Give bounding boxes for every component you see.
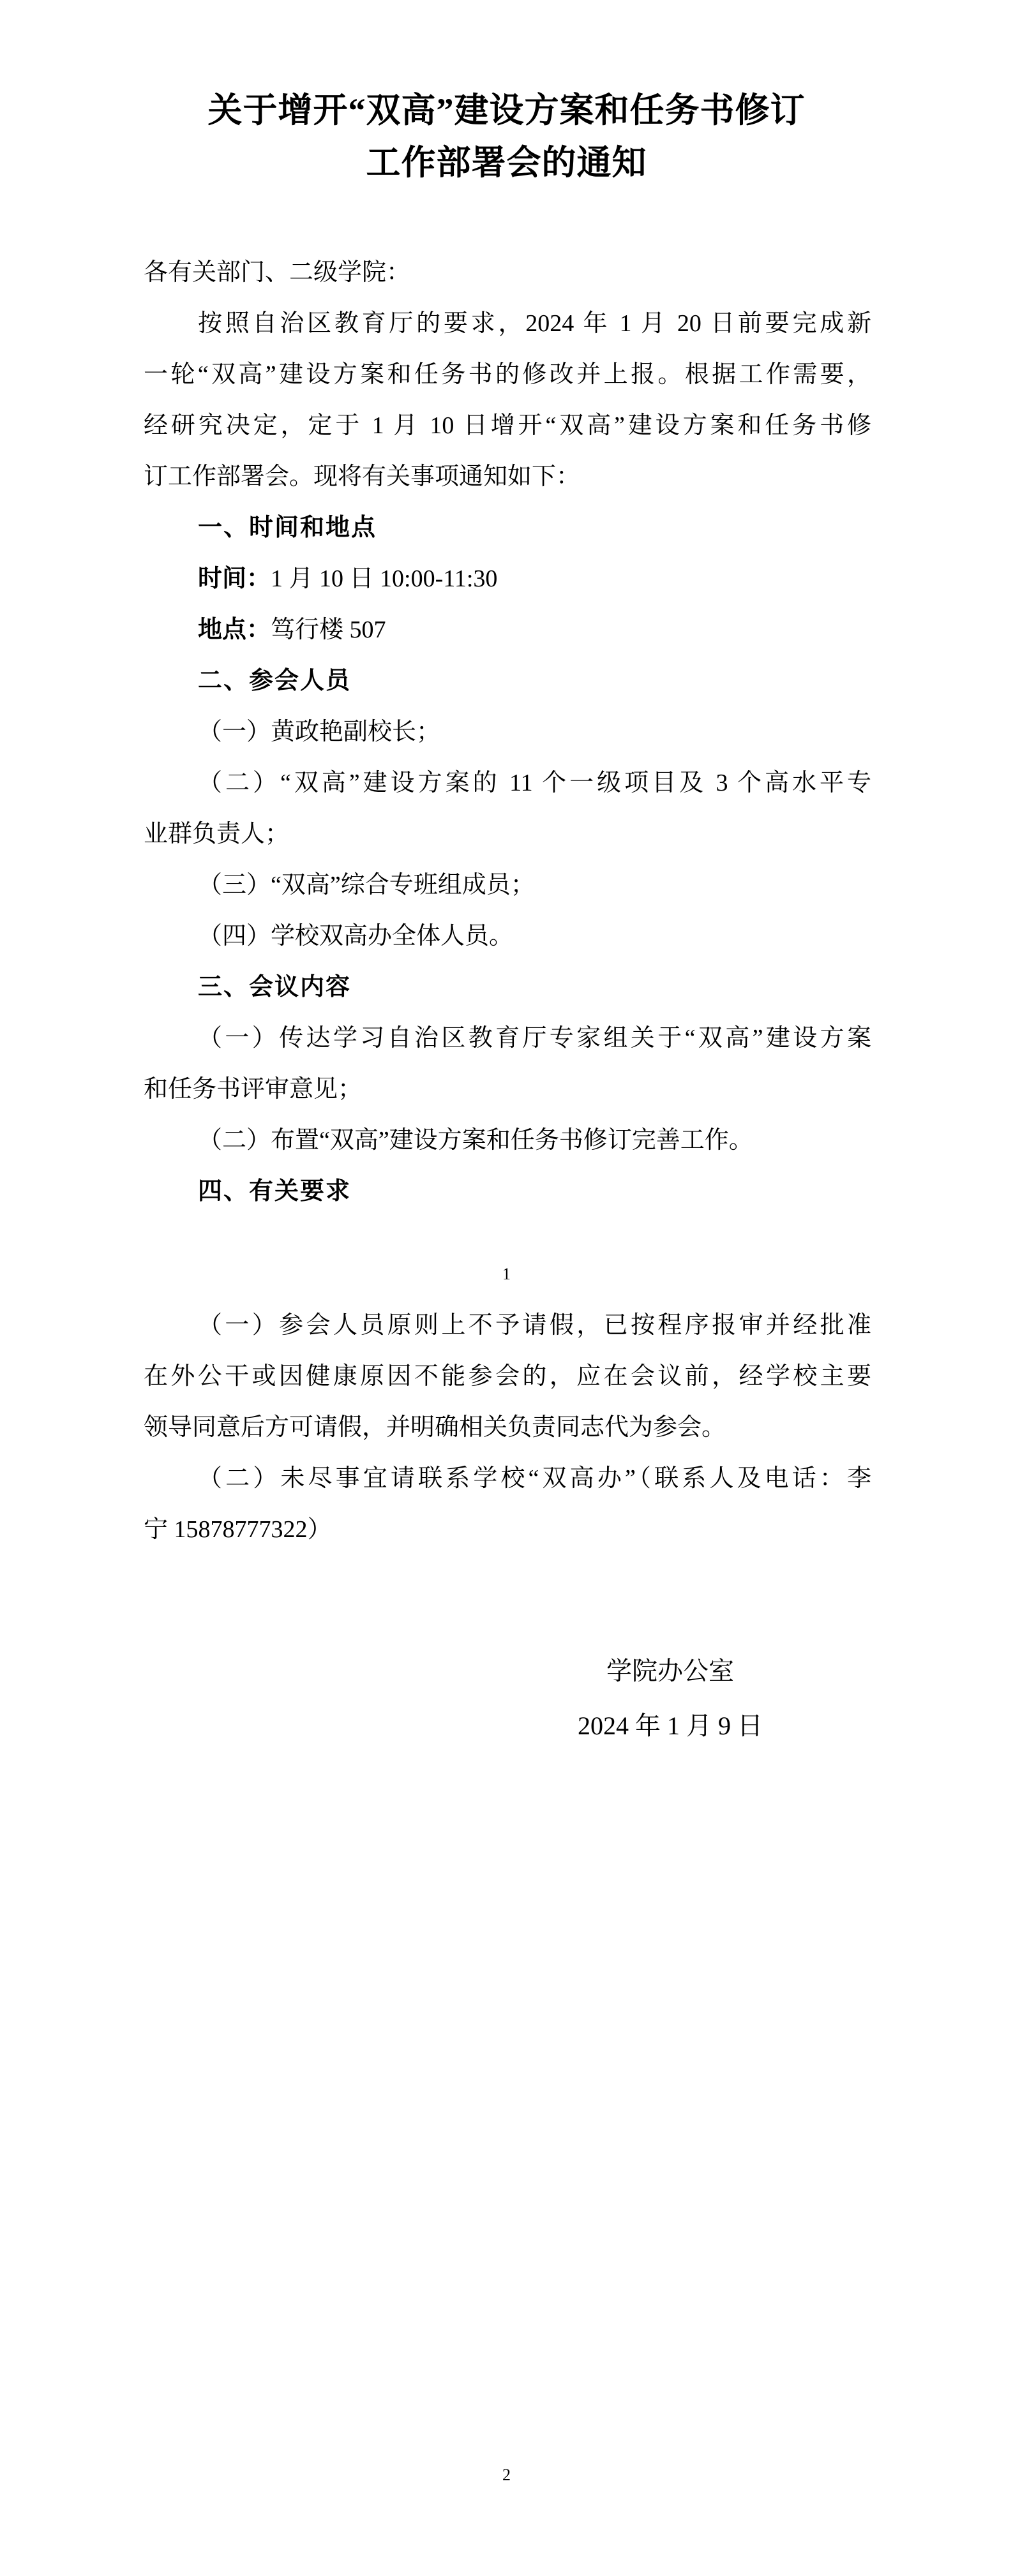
- time-label: 时间：: [198, 565, 271, 592]
- place-value: 笃行楼 507: [271, 616, 386, 643]
- title-line-2: 工作部署会的通知: [0, 137, 1013, 189]
- page-2-body: （一）参会人员原则上不予请假，已按程序报审并经批准 在外公干或因健康原因不能参会…: [144, 1300, 871, 1555]
- place-label: 地点：: [198, 616, 271, 643]
- page-1-number: 1: [0, 1265, 1013, 1284]
- intro-line-4: 订工作部署会。现将有关事项通知如下：: [144, 451, 871, 502]
- attendee-item-4: （四）学校双高办全体人员。: [144, 911, 871, 962]
- intro-line-3: 经研究决定，定于 1 月 10 日增开“双高”建设方案和任务书修: [144, 400, 871, 451]
- document-title: 关于增开“双高”建设方案和任务书修订 工作部署会的通知: [0, 84, 1013, 189]
- attendee-item-2-cont: 业群负责人；: [144, 808, 871, 860]
- page-1-body: 各有关部门、二级学院： 按照自治区教育厅的要求，2024 年 1 月 20 日前…: [144, 247, 871, 1217]
- attendee-item-3: （三）“双高”综合专班组成员；: [144, 860, 871, 911]
- requirement-item-1-cont-b: 领导同意后方可请假，并明确相关负责同志代为参会。: [144, 1402, 871, 1453]
- time-value: 1 月 10 日 10:00-11:30: [271, 565, 497, 592]
- page-2-number: 2: [0, 2466, 1013, 2485]
- requirement-item-1: （一）参会人员原则上不予请假，已按程序报审并经批准: [144, 1300, 871, 1351]
- content-item-2: （二）布置“双高”建设方案和任务书修订完善工作。: [144, 1115, 871, 1166]
- meeting-time-line: 时间：1 月 10 日 10:00-11:30: [144, 553, 871, 604]
- section2-heading: 二、参会人员: [144, 655, 871, 706]
- document-page: 关于增开“双高”建设方案和任务书修订 工作部署会的通知 各有关部门、二级学院： …: [0, 0, 1013, 2576]
- title-line-1: 关于增开“双高”建设方案和任务书修订: [0, 84, 1013, 137]
- intro-line-1: 按照自治区教育厅的要求，2024 年 1 月 20 日前要完成新: [144, 298, 871, 349]
- requirement-item-1-cont-a: 在外公干或因健康原因不能参会的，应在会议前，经学校主要: [144, 1351, 871, 1402]
- attendee-item-2: （二）“双高”建设方案的 11 个一级项目及 3 个高水平专: [144, 757, 871, 808]
- content-item-1-cont: 和任务书评审意见；: [144, 1064, 871, 1115]
- signature-date: 2024 年 1 月 9 日: [447, 1711, 894, 1741]
- intro-line-2: 一轮“双高”建设方案和任务书的修改并上报。根据工作需要，: [144, 349, 871, 400]
- section4-heading: 四、有关要求: [144, 1166, 871, 1217]
- salutation: 各有关部门、二级学院：: [144, 247, 871, 298]
- content-item-1: （一）传达学习自治区教育厅专家组关于“双高”建设方案: [144, 1013, 871, 1064]
- meeting-place-line: 地点：笃行楼 507: [144, 604, 871, 655]
- requirement-item-2-cont: 宁 15878777322）: [144, 1504, 871, 1555]
- section3-heading: 三、会议内容: [144, 962, 871, 1013]
- requirement-item-2: （二）未尽事宜请联系学校“双高办”（联系人及电话：李: [144, 1453, 871, 1504]
- signature-office: 学院办公室: [447, 1657, 894, 1686]
- attendee-item-1: （一）黄政艳副校长；: [144, 706, 871, 757]
- section1-heading: 一、时间和地点: [144, 502, 871, 553]
